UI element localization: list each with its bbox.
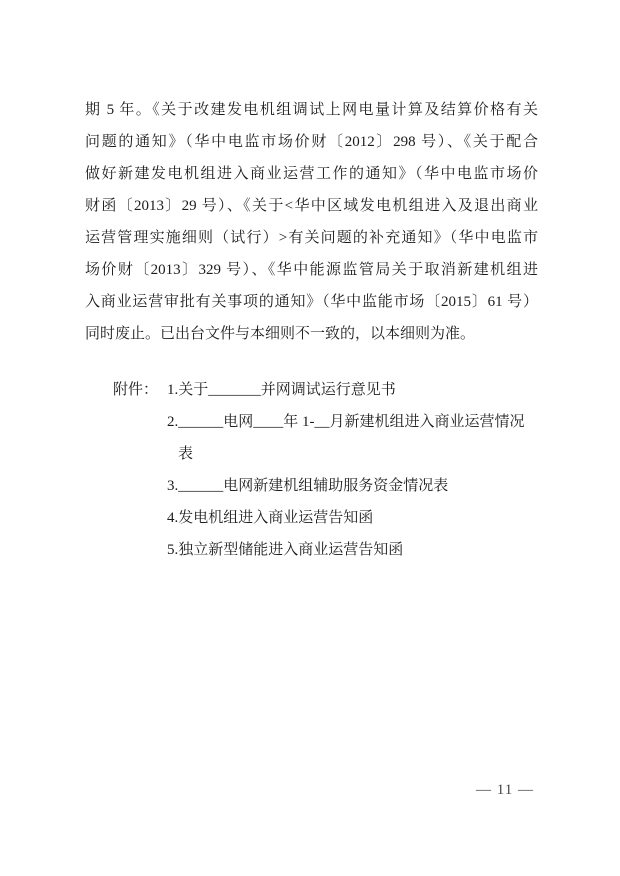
attachment-item-2-continuation: 表 xyxy=(167,438,553,470)
paragraph-line: 运营管理实施细则（试行）>有关问题的补充通知》（华中电监市 xyxy=(85,222,538,254)
paragraph-line: 财函〔2013〕29 号）、《关于<华中区域发电机组进入及退出商业 xyxy=(85,190,538,222)
attachment-item-2: 2.______电网____年 1-__月新建机组进入商业运营情况 xyxy=(167,406,553,438)
paragraph-line: 场价财〔2013〕329 号）、《华中能源监管局关于取消新建机组进 xyxy=(85,254,538,286)
paragraph-line: 同时废止。已出台文件与本细则不一致的，以本细则为准。 xyxy=(85,318,538,350)
attachments-label: 附件： xyxy=(113,374,167,406)
paragraph-line: 期 5 年。《关于改建发电机组调试上网电量计算及结算价格有关 xyxy=(85,94,538,126)
attachments-section: 附件： 1.关于_______并网调试运行意见书 2.______电网____年… xyxy=(113,374,553,566)
paragraph-line: 问题的通知》（华中电监市场价财〔2012〕298 号）、《关于配合 xyxy=(85,126,538,158)
paragraph-line: 做好新建发电机组进入商业运营工作的通知》（华中电监市场价 xyxy=(85,158,538,190)
attachment-item-3: 3.______电网新建机组辅助服务资金情况表 xyxy=(167,470,553,502)
attachment-item-4: 4.发电机组进入商业运营告知函 xyxy=(167,502,553,534)
attachment-item-1: 1.关于_______并网调试运行意见书 xyxy=(167,374,553,406)
attachment-item-5: 5.独立新型储能进入商业运营告知函 xyxy=(167,534,553,566)
paragraph-line: 入商业运营审批有关事项的通知》（华中监能市场〔2015〕61 号） xyxy=(85,286,538,318)
body-paragraph: 期 5 年。《关于改建发电机组调试上网电量计算及结算价格有关 问题的通知》（华中… xyxy=(85,94,538,350)
page-number: — 11 — xyxy=(440,780,570,800)
attachments-list: 1.关于_______并网调试运行意见书 2.______电网____年 1-_… xyxy=(167,374,553,566)
document-page: 期 5 年。《关于改建发电机组调试上网电量计算及结算价格有关 问题的通知》（华中… xyxy=(0,0,620,876)
